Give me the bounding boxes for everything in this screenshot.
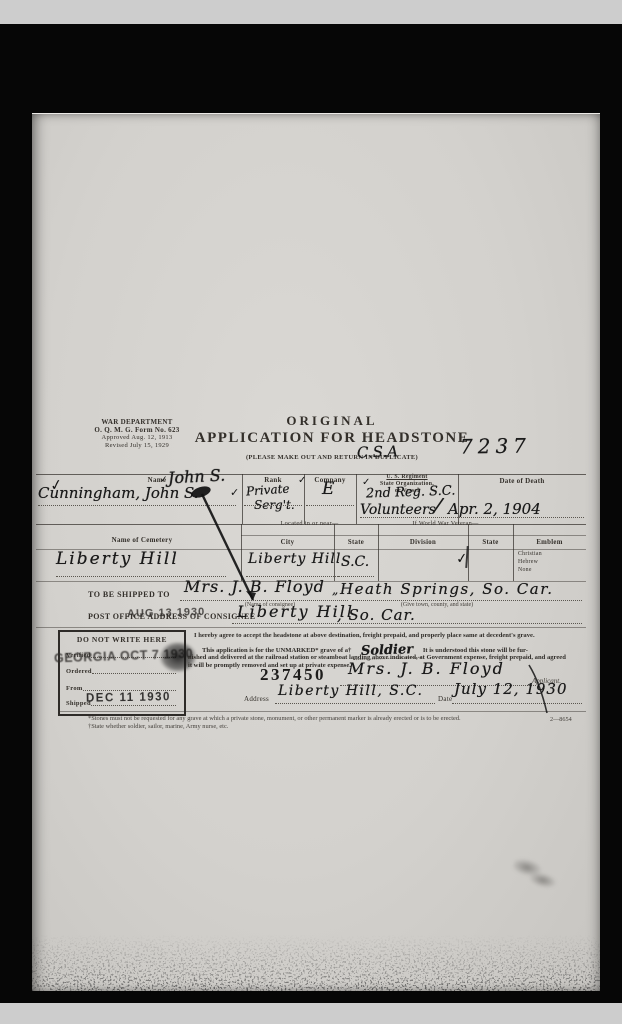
agreement-line1: I hereby agree to accept the headstone a…: [194, 632, 535, 639]
located-in-label: Located in or near—: [241, 521, 378, 528]
agreement-p2b: It is understood this stone will be fur-: [423, 647, 528, 654]
handwritten-state: S.C.: [341, 555, 369, 569]
handwritten-company: E: [322, 481, 334, 498]
writing-guide-line: [338, 576, 374, 577]
handwritten-ship-town: Heath Springs, So. Car.: [340, 582, 554, 597]
ordered-label: Ordered: [66, 668, 92, 675]
handwritten-consignee: Mrs. J. B. Floyd: [184, 579, 325, 595]
scanner-top-strip: [0, 0, 622, 24]
original-heading: ORIGINAL: [232, 414, 432, 428]
handwritten-cemetery: Liberty Hill: [56, 551, 179, 568]
handwritten-number: 7237: [460, 435, 531, 456]
application-number: 237450: [260, 665, 326, 685]
print-form-number: 2—8654: [550, 716, 572, 723]
duplicate-instruction: (PLEASE MAKE OUT AND RETURN IN DUPLICATE…: [182, 454, 482, 461]
writing-guide-line: [306, 505, 354, 506]
emblem-option-christian: Christian: [518, 551, 542, 559]
handwritten-po-state: , So. Car.: [337, 608, 416, 623]
scanned-document-viewer: WAR DEPARTMENT O. Q. M. G. Form No. 623 …: [0, 0, 622, 1024]
footnote-line2: †State whether soldier, sailor, marine, …: [88, 723, 228, 730]
headstone-application-page: WAR DEPARTMENT O. Q. M. G. Form No. 623 …: [32, 113, 600, 991]
handwritten-address: Liberty Hill, S.C.: [278, 684, 423, 698]
check-mark-icon: ✓: [298, 475, 306, 486]
shipped-to-label: TO BE SHIPPED TO: [88, 591, 170, 600]
table-rule-top: [36, 474, 586, 475]
handwritten-rank: Private: [246, 482, 290, 497]
ordered-line: [92, 673, 176, 674]
section-divider-rule: [36, 627, 586, 628]
address-label: Address: [244, 696, 269, 704]
agreement-p2a: This application is for the UNMARKED* gr…: [194, 647, 351, 654]
handwritten-date: July 12, 1930: [454, 682, 568, 697]
division-label: Division: [378, 539, 468, 546]
handwritten-volunteers: Volunteers: [360, 503, 436, 517]
footnote-line1: *Stones must not be requested for any gr…: [88, 715, 461, 722]
from-label: From: [66, 685, 83, 692]
do-not-write-box: DO NOT WRITE HERE Verified Ordered From …: [58, 630, 186, 716]
handwritten-city: Liberty Hill: [248, 552, 341, 566]
emblem-label: Emblem: [513, 539, 586, 546]
table-rule-subheader: [241, 535, 586, 536]
handwritten-death-date: Apr. 2, 1904: [448, 502, 541, 517]
emblem-option-none: None: [518, 567, 542, 575]
paper-bottom-grain: [32, 934, 600, 991]
po-address-line: [232, 623, 582, 624]
handwritten-signature: Mrs. J. B. Floyd: [348, 661, 505, 677]
grain-rect: [32, 934, 600, 991]
footnote-rule: [58, 711, 586, 712]
world-war-veteran-label: If World War Veteran—: [378, 521, 513, 528]
state-label: State: [334, 539, 378, 546]
handwritten-name: Cunningham, John S.: [38, 486, 199, 501]
writing-guide-line: [244, 505, 302, 506]
state2-label: State: [468, 539, 513, 546]
table-col-line: [513, 524, 514, 581]
shipped-line: [91, 705, 176, 706]
scanner-bottom-strip: [0, 1003, 622, 1024]
city-label: City: [241, 539, 334, 546]
regiment-label-line1: U. S. Regiment: [356, 474, 458, 481]
consignee-line: [180, 600, 348, 601]
date-of-death-label: Date of Death: [458, 478, 586, 486]
ditto-mark: „: [332, 584, 338, 596]
cemetery-label: Name of Cemetery: [72, 537, 212, 545]
emblem-options: Christian Hebrew None: [518, 551, 542, 574]
emblem-option-hebrew: Hebrew: [518, 559, 542, 567]
writing-guide-line: [38, 505, 236, 506]
check-mark-icon: ✓: [230, 486, 239, 499]
address-line: [275, 703, 435, 704]
date-line: [452, 703, 582, 704]
received-date-stamp: AUG 13 1930: [127, 606, 206, 620]
handwritten-csa: C.S.A: [357, 444, 399, 460]
scan-smudge: [509, 851, 562, 895]
table-col-line: [241, 524, 242, 581]
writing-guide-line: [360, 517, 584, 518]
table-col-line: [378, 524, 379, 581]
date-label: Date: [438, 696, 452, 704]
ship-town-line: [352, 600, 582, 601]
handwritten-slash: /: [434, 495, 443, 516]
shipped-date-stamp: DEC 11 1930: [86, 691, 171, 704]
